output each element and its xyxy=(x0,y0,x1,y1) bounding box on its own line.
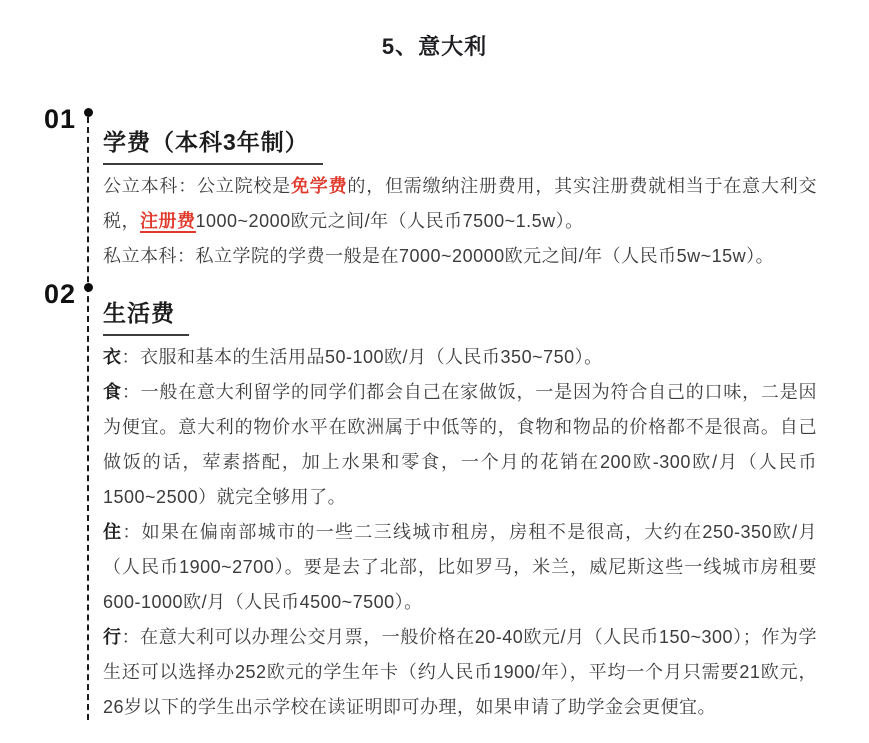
highlighted-text: 行 xyxy=(103,627,122,647)
text-segment: 1000~2000欧元之间/年（人民币7500~1.5w）。 xyxy=(196,211,584,231)
text-segment: ：衣服和基本的生活用品50-100欧/月（人民币350~750）。 xyxy=(122,347,603,367)
section-heading-tuition-label: 学费（本科3年制） xyxy=(103,127,323,165)
tuition-public-paragraph: 公立本科：公立院校是免学费的，但需缴纳注册费用，其实注册费就相当于在意大利交税，… xyxy=(103,169,817,239)
highlighted-text: 住 xyxy=(103,522,122,542)
housing-paragraph: 住：如果在偏南部城市的一些二三线城市租房，房租不是很高，大约在250-350欧/… xyxy=(103,515,817,620)
highlighted-text: 食 xyxy=(103,382,122,402)
text-segment: ：一般在意大利留学的同学们都会自己在家做饭，一是因为符合自己的口味，二是因为便宜… xyxy=(103,382,817,507)
clothing-paragraph: 衣：衣服和基本的生活用品50-100欧/月（人民币350~750）。 xyxy=(103,340,817,375)
food-paragraph: 食：一般在意大利留学的同学们都会自己在家做饭，一是因为符合自己的口味，二是因为便… xyxy=(103,375,817,515)
document-page: 5、意大利 01 02 学费（本科3年制） 公立本科：公立院校是免学费的，但需缴… xyxy=(0,0,869,743)
timeline-dot-icon xyxy=(84,283,93,292)
section-number-02: 02 xyxy=(44,279,76,310)
transport-paragraph: 行：在意大利可以办理公交月票，一般价格在20-40欧元/月（人民币150~300… xyxy=(103,620,817,725)
timeline-dot-icon xyxy=(84,108,93,117)
text-segment: ：在意大利可以办理公交月票，一般价格在20-40欧元/月（人民币150~300）… xyxy=(103,627,817,717)
section-number-01: 01 xyxy=(44,104,76,135)
highlighted-text: 注册费 xyxy=(140,211,196,233)
text-segment: 私立本科：私立学院的学费一般是在7000~20000欧元之间/年（人民币5w~1… xyxy=(103,246,774,266)
section-heading-living-cost: 生活费 xyxy=(103,298,817,336)
highlighted-text: 衣 xyxy=(103,347,122,367)
section-heading-tuition: 学费（本科3年制） xyxy=(103,127,817,165)
highlighted-text: 免学费 xyxy=(291,176,347,196)
page-title: 5、意大利 xyxy=(0,30,869,61)
tuition-private-paragraph: 私立本科：私立学院的学费一般是在7000~20000欧元之间/年（人民币5w~1… xyxy=(103,239,817,274)
timeline-dashed-line xyxy=(87,117,89,720)
content-column: 学费（本科3年制） 公立本科：公立院校是免学费的，但需缴纳注册费用，其实注册费就… xyxy=(103,127,817,725)
section-heading-living-cost-label: 生活费 xyxy=(103,298,189,336)
text-segment: ：如果在偏南部城市的一些二三线城市租房，房租不是很高，大约在250-350欧/月… xyxy=(103,522,817,612)
text-segment: 公立本科：公立院校是 xyxy=(103,176,291,196)
